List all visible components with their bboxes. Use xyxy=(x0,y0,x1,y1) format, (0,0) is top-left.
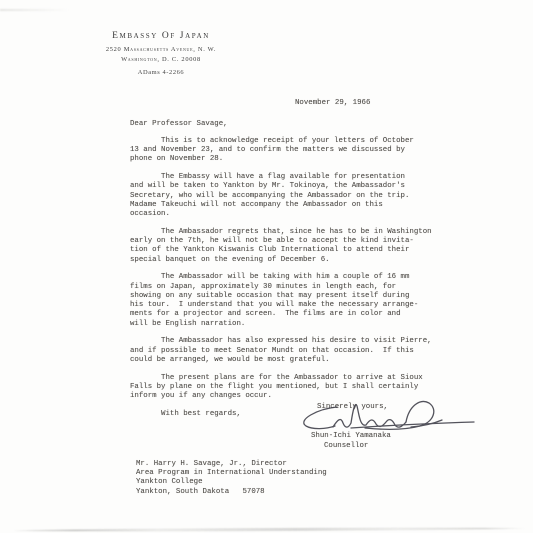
letterhead-phone-number: ADams 4-2266 xyxy=(106,69,216,76)
letter-body: Dear Professor Savage, This is to acknow… xyxy=(130,120,432,419)
paper-bottom-edge-shadow xyxy=(14,527,525,532)
signature-typed-title: Counsellor xyxy=(324,442,368,451)
salutation: Dear Professor Savage, xyxy=(130,120,432,129)
letterhead-embassy-name: Embassy Of Japan xyxy=(106,31,216,41)
letterhead-city-address: Washington, D. C. 20008 xyxy=(106,56,216,63)
paragraph: The Ambassador will be taking with him a… xyxy=(130,273,432,329)
paper-top-edge-shadow xyxy=(0,9,70,11)
letterhead: Embassy Of Japan 2520 Massachusetts Aven… xyxy=(106,31,216,76)
scanned-letter-page: Embassy Of Japan 2520 Massachusetts Aven… xyxy=(0,0,533,533)
recipient-address-block: Mr. Harry H. Savage, Jr., Director Area … xyxy=(136,460,327,497)
paragraph: The Ambassador regrets that, since he ha… xyxy=(130,228,432,265)
letterhead-street-address: 2520 Massachusetts Avenue, N. W. xyxy=(106,46,216,53)
signature-typed-name: Shun-Ichi Yamanaka xyxy=(311,432,391,441)
paragraph: This is to acknowledge receipt of your l… xyxy=(130,137,432,165)
paragraph: The Ambassador has also expressed his de… xyxy=(130,337,432,365)
paragraph: The Embassy will have a flag available f… xyxy=(130,173,432,219)
letter-date: November 29, 1966 xyxy=(295,99,370,108)
